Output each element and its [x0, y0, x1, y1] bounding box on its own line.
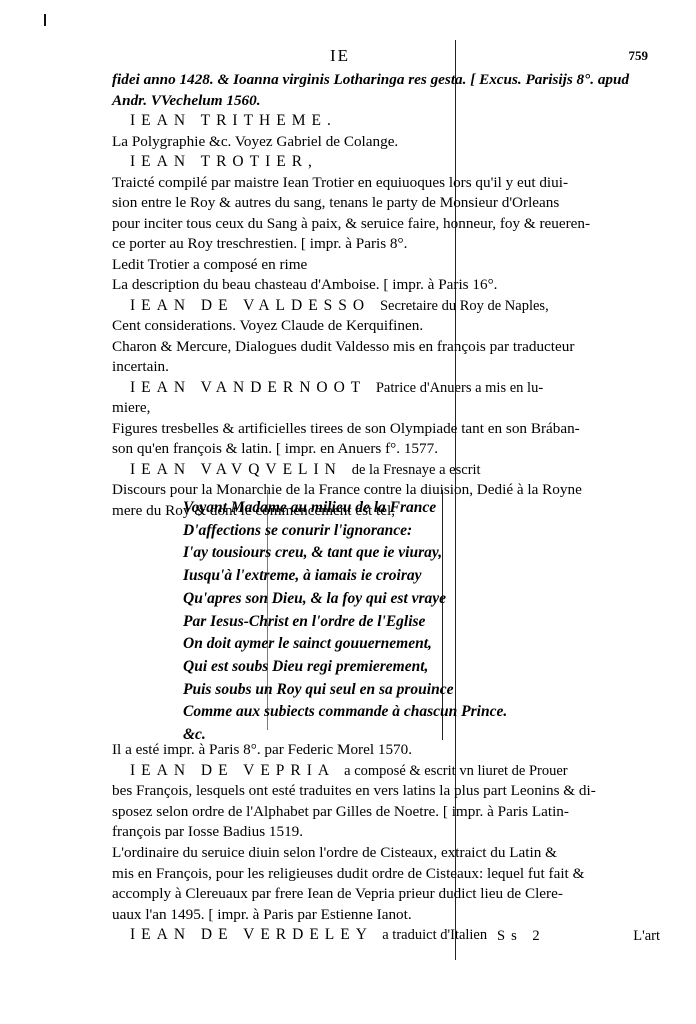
- text-line: pour inciter tous ceux du Sang à paix, &…: [112, 214, 632, 235]
- text-line: Andr. VVechelum 1560.: [112, 91, 632, 112]
- author-description: Secretaire du Roy de Naples,: [380, 298, 549, 314]
- author-name: IEAN VANDERNOOT: [130, 379, 366, 396]
- author-name: IEAN TROTIER,: [130, 153, 318, 170]
- text-line: Traicté compilé par maistre Iean Trotier…: [112, 173, 632, 194]
- text-line: accomply à Clereuaux par frere Iean de V…: [112, 884, 642, 905]
- lower-text: Il a esté impr. à Paris 8°. par Federic …: [112, 740, 642, 946]
- scanned-book-page: IE 759 fidei anno 1428. & Ioanna virgini…: [0, 0, 696, 1024]
- page-footer: Ss 2 L'art: [112, 928, 632, 948]
- text-line: sion entre le Roy & autres du sang, tena…: [112, 193, 632, 214]
- verse-line: Qui est soubs Dieu regi premierement,: [183, 656, 507, 679]
- verse-line: Comme aux subiects commande à chascun Pr…: [183, 701, 507, 724]
- text-line: sposez selon ordre de l'Alphabet par Gil…: [112, 802, 642, 823]
- entry-heading: IEAN DE VEPRIA a composé & escrit vn liu…: [112, 761, 642, 782]
- author-name: IEAN DE VEPRIA: [130, 762, 334, 779]
- text-line: françois par Iosse Badius 1519.: [112, 822, 642, 843]
- verse-line: On doit aymer le sainct gouuernement,: [183, 633, 507, 656]
- entry-heading: IEAN VANDERNOOT Patrice d'Anuers a mis e…: [112, 378, 632, 399]
- text-line: uaux l'an 1495. [ impr. à Paris par Esti…: [112, 905, 642, 926]
- text-line: La Polygraphie &c. Voyez Gabriel de Cola…: [112, 132, 632, 153]
- text-line: ce porter au Roy treschrestien. [ impr. …: [112, 234, 632, 255]
- text-line: son qu'en françois & latin. [ impr. en A…: [112, 439, 632, 460]
- author-description: Patrice d'Anuers a mis en lu-: [376, 380, 543, 396]
- page-number: 759: [629, 48, 649, 64]
- margin-mark: [44, 14, 46, 26]
- author-name: IEAN VAVQVELIN: [130, 461, 342, 478]
- running-head: IE: [330, 46, 350, 66]
- verse-line: D'affections se conurir l'ignorance:: [183, 520, 507, 543]
- quoted-verse: Voyant Madame au milieu de la France D'a…: [183, 497, 507, 747]
- text-line: incertain.: [112, 357, 632, 378]
- text-line: L'ordinaire du seruice diuin selon l'ord…: [112, 843, 642, 864]
- text-line: Ledit Trotier a composé en rime: [112, 255, 632, 276]
- verse-line: Par Iesus-Christ en l'ordre de l'Eglise: [183, 611, 507, 634]
- verse-line: Voyant Madame au milieu de la France: [183, 497, 507, 520]
- main-text: fidei anno 1428. & Ioanna virginis Lotha…: [112, 70, 632, 521]
- text-line: mis en François, pour les religieuses du…: [112, 864, 642, 885]
- text-line: bes François, lesquels ont esté traduite…: [112, 781, 642, 802]
- text-line: Charon & Mercure, Dialogues dudit Valdes…: [112, 337, 632, 358]
- catchword: L'art: [633, 928, 660, 945]
- page-header: IE 759: [100, 46, 660, 68]
- text-line: Cent considerations. Voyez Claude de Ker…: [112, 316, 632, 337]
- entry-heading: IEAN TRITHEME.: [112, 111, 632, 132]
- author-description: a composé & escrit vn liuret de Prouer: [344, 763, 567, 779]
- author-name: IEAN DE VALDESSO: [130, 297, 370, 314]
- entry-heading: IEAN TROTIER,: [112, 152, 632, 173]
- text-line: Il a esté impr. à Paris 8°. par Federic …: [112, 740, 642, 761]
- text-line: miere,: [112, 398, 632, 419]
- author-description: de la Fresnaye a escrit: [352, 462, 481, 478]
- signature-mark: Ss 2: [497, 928, 546, 945]
- text-line: La description du beau chasteau d'Ambois…: [112, 275, 632, 296]
- verse-line: Puis soubs un Roy qui seul en sa prouinc…: [183, 679, 507, 702]
- verse-line: Iusqu'à l'extreme, à iamais ie croiray: [183, 565, 507, 588]
- text-line: Figures tresbelles & artificielles tiree…: [112, 419, 632, 440]
- verse-line: Qu'apres son Dieu, & la foy qui est vray…: [183, 588, 507, 611]
- verse-line: I'ay tousiours creu, & tant que ie viura…: [183, 542, 507, 565]
- author-name: IEAN TRITHEME.: [130, 112, 337, 129]
- entry-heading: IEAN VAVQVELIN de la Fresnaye a escrit: [112, 460, 632, 481]
- text-line: fidei anno 1428. & Ioanna virginis Lotha…: [112, 70, 632, 91]
- entry-heading: IEAN DE VALDESSO Secretaire du Roy de Na…: [112, 296, 632, 317]
